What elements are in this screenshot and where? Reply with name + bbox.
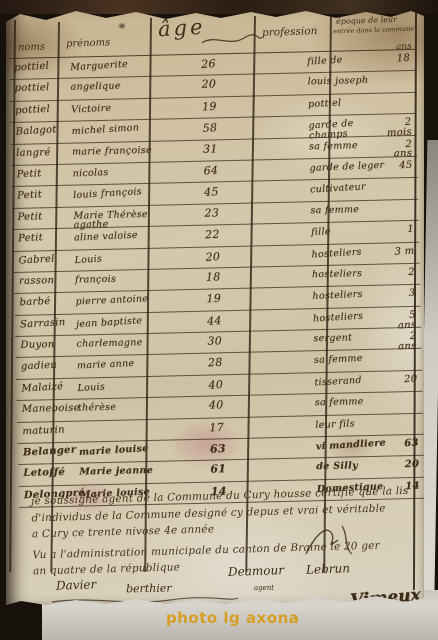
cell-prenom: charlemagne	[64, 333, 173, 349]
cell-profession: vi mandliere	[312, 434, 392, 452]
cell-age: 31	[169, 138, 306, 155]
cell-nom: Petit	[11, 164, 61, 180]
cell-epoque: 2	[388, 264, 420, 278]
cell-epoque: 20	[390, 370, 423, 385]
signature-deamour-role: agent	[254, 584, 274, 592]
cell-nom: barbé	[14, 293, 64, 309]
cell-profession: tisserand	[311, 370, 391, 388]
cell-epoque: 63	[391, 434, 424, 449]
census-rows: pottiel Marguerite 26 fille de 18 pottie…	[9, 49, 425, 508]
cell-epoque	[386, 200, 418, 205]
cell-profession: louis joseph	[304, 72, 383, 87]
cell-profession: sa femme	[311, 349, 391, 366]
cell-nom: langré	[11, 143, 60, 158]
cell-epoque: 3 m	[387, 242, 420, 257]
cell-nom: maturin	[17, 421, 67, 437]
cell-nom: Gabrel	[13, 250, 63, 266]
cell-profession: garde de champs	[305, 113, 385, 141]
cell-prenom: nicolas	[60, 161, 169, 179]
cell-profession: sa femme	[307, 200, 386, 215]
cell-prenom: marie anne	[65, 354, 174, 372]
cell-age: 23	[170, 202, 307, 219]
header-profession: profession	[262, 25, 318, 39]
cell-epoque: 2 ans	[385, 135, 418, 159]
header-age: âge	[157, 15, 206, 41]
ink-paraph-icon	[298, 520, 358, 560]
cell-nom: pottiel	[9, 57, 59, 73]
cell-profession: hosteliers	[309, 264, 388, 279]
cell-prenom: Marie jeanne	[67, 462, 176, 478]
cell-nom: Balagot	[10, 121, 60, 137]
cell-profession: de Silly	[313, 457, 392, 472]
cell-profession: hosteliers	[309, 285, 389, 302]
header-epoque-line1: époque de leur	[336, 15, 397, 26]
cell-epoque: 5 ans	[388, 306, 421, 331]
cell-nom: Petit	[13, 229, 63, 245]
cell-age: 30	[173, 330, 310, 347]
cell-profession: sa femme	[312, 393, 391, 408]
signature-lebrun: Lebrun	[306, 561, 350, 577]
cell-nom: Maneboise	[17, 400, 66, 415]
cell-nom: Sarrasin	[15, 314, 65, 330]
cell-epoque	[386, 178, 418, 184]
cell-nom: Petit	[12, 185, 62, 201]
register-page: noms prénoms âge profession époque de le…	[6, 6, 424, 606]
header-noms: noms	[18, 42, 45, 54]
cell-epoque: 2 mois	[384, 113, 417, 138]
cell-prenom: thérèse	[66, 398, 175, 414]
cell-profession: fille	[308, 221, 388, 238]
cell-age: 40	[175, 395, 312, 412]
cell-prenom: Marguerite	[58, 54, 168, 74]
torn-paper-edge	[0, 0, 438, 14]
cell-nom: Letoffé	[18, 464, 67, 479]
cell-epoque	[384, 92, 416, 97]
cell-nom: pottiel	[10, 100, 60, 116]
cell-age: 20	[167, 74, 304, 91]
cell-prenom: marie françoise	[60, 141, 169, 157]
photo-watermark: photo lg axona	[166, 609, 299, 627]
cell-profession: cultivateur	[307, 178, 387, 196]
cell-profession: hosteliers	[308, 242, 388, 260]
certification-block: je soussigné agent de la Commune du Cury…	[31, 485, 419, 582]
cell-nom: Belanger	[17, 442, 67, 458]
cell-epoque: 18	[383, 49, 416, 64]
signature-berthier: berthier	[126, 582, 172, 596]
cell-nom: rasson	[14, 272, 63, 287]
photo-backdrop: noms prénoms âge profession époque de le…	[0, 0, 438, 640]
cell-profession: garde de leger	[306, 157, 386, 174]
header-epoque-line2: entrée dans la commune	[333, 25, 414, 36]
cell-epoque	[383, 71, 415, 76]
cell-epoque: 3	[388, 285, 421, 300]
cell-nom: gadieu	[16, 357, 66, 373]
cell-age: 26	[167, 50, 305, 71]
cell-epoque	[390, 349, 422, 354]
signature-davier: Davier	[56, 577, 97, 592]
cell-profession: leur fils	[312, 413, 392, 430]
cell-profession: fille de	[304, 49, 384, 67]
cell-epoque: 45	[385, 156, 418, 171]
header-prenoms: prénoms	[66, 37, 111, 50]
cell-profession: pottiel	[305, 93, 385, 110]
cell-nom: Duyon	[15, 336, 64, 351]
cell-profession: sergent	[310, 329, 389, 344]
cell-epoque	[391, 392, 423, 397]
cell-nom: Malaizé	[16, 378, 66, 394]
cell-prenom: Victoire	[59, 97, 168, 115]
cell-nom: pottiel	[9, 79, 58, 94]
cell-profession: hosteliers	[309, 306, 389, 324]
cell-epoque: 20	[392, 456, 424, 470]
cell-age: 61	[176, 459, 313, 476]
cell-prenom: pierre antoine	[63, 290, 172, 308]
cell-prenom: françois	[63, 269, 172, 285]
cell-age: 18	[172, 266, 309, 283]
cell-epoque	[391, 413, 423, 418]
cell-epoque: 1	[387, 221, 420, 236]
cell-nom: Petit	[12, 208, 61, 223]
signature-deamour: Deamour	[228, 563, 284, 579]
age-flourish-icon	[200, 32, 264, 48]
cell-prenom: angelique	[58, 77, 167, 93]
